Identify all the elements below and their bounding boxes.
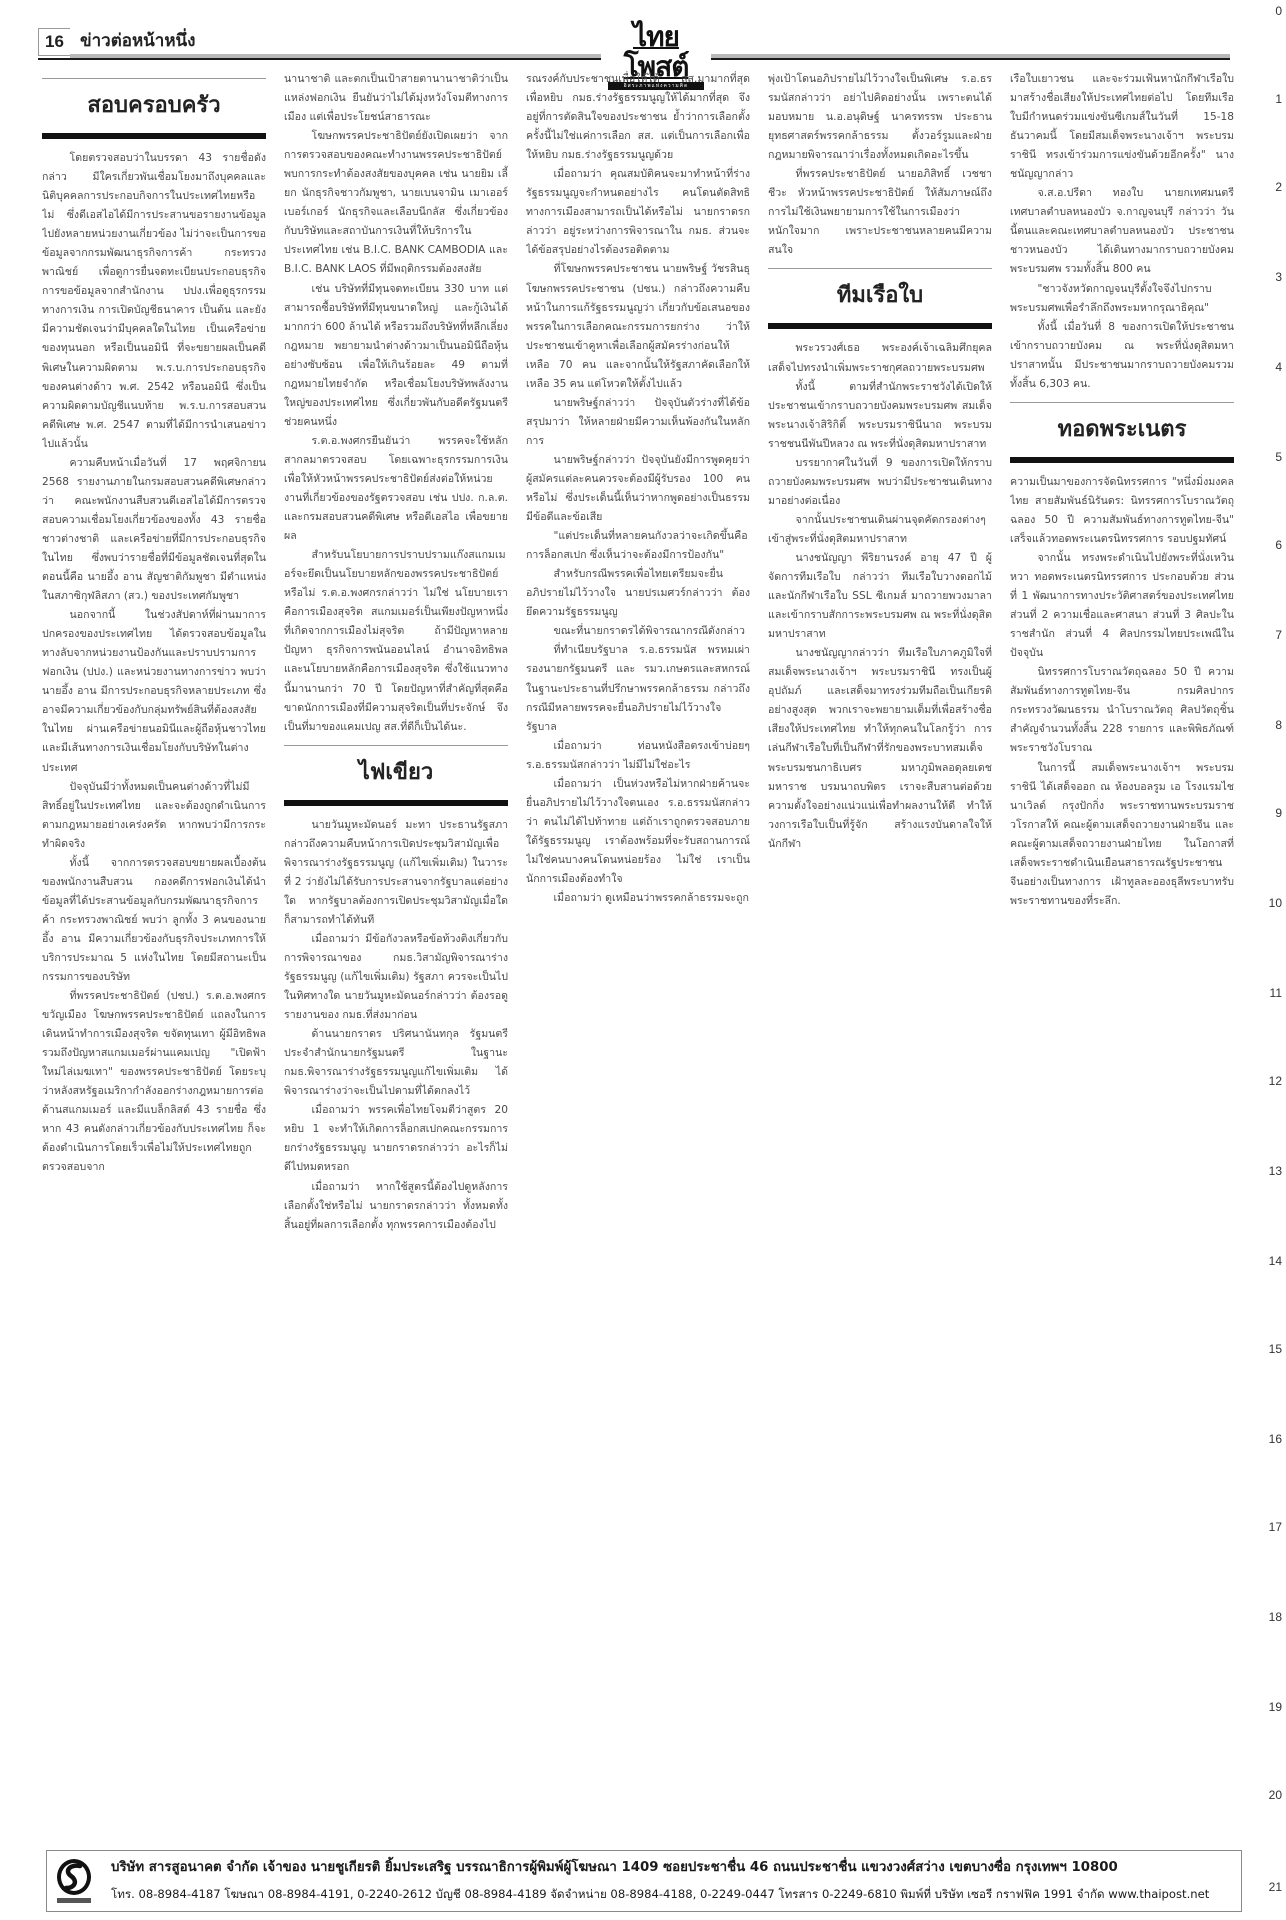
- article-column-3: รณรงค์กับประชาชนเพื่อให้ได้ สส.มามากที่ส…: [526, 70, 750, 1830]
- line-number: 21: [1269, 1880, 1282, 1894]
- line-number: 2: [1275, 180, 1282, 194]
- paragraph: เรือใบเยาวชน และจะร่วมเฟ้นหานักกีฬาเรือใ…: [1010, 70, 1234, 184]
- line-number: 11: [1270, 986, 1282, 1000]
- paragraph: เมื่อถามว่า มีข้อกังวลหรือข้อท้วงติงเกี่…: [284, 930, 508, 1025]
- paragraph: จากนั้น ทรงพระดำเนินไปยังพระที่นั่งเหวิน…: [1010, 549, 1234, 663]
- paragraph: นายวันมูหะมัดนอร์ มะทา ประธานรัฐสภา กล่า…: [284, 816, 508, 930]
- paragraph: ที่ทำเนียบรัฐบาล ร.อ.ธรรมนัส พรหมเผ่า รอ…: [526, 641, 750, 736]
- paragraph: สำหรับนโยบายการปราบปรามแก๊งสแกมเมอร์จะยึ…: [284, 546, 508, 736]
- line-number: 10: [1269, 896, 1282, 910]
- line-number: 6: [1275, 538, 1282, 552]
- paragraph: โดยตรวจสอบว่าในบรรดา 43 รายชื่อดังกล่าว …: [42, 149, 266, 454]
- paragraph: นางชนัญญา พีริยานรงค์ อายุ 47 ปี ผู้จัดก…: [768, 549, 992, 644]
- section-heading: สอบครอบครัว: [42, 78, 266, 139]
- paragraph: ด้านนายกราดร ปริศนานันทกุล รัฐมนตรีประจำ…: [284, 1025, 508, 1101]
- article-column-2: นานาชาติ และตกเป็นเป้าสายตานานาชาติว่าเป…: [284, 70, 508, 1830]
- paragraph: รณรงค์กับประชาชนเพื่อให้ได้ สส.มามากที่ส…: [526, 70, 750, 165]
- heading-bar: [1010, 457, 1234, 463]
- line-number: 7: [1275, 628, 1282, 642]
- publisher-imprint: บริษัท สารสูอนาคต จำกัด เจ้าของ นายชูเกี…: [46, 1850, 1242, 1912]
- heading-rule: [284, 745, 508, 746]
- heading-bar: [42, 133, 266, 139]
- line-number: 1: [1275, 92, 1282, 106]
- paragraph: ร.ต.อ.พงศกรยืนยันว่า พรรคจะใช้หลักสากลมา…: [284, 432, 508, 546]
- imprint-address: บริษัท สารสูอนาคต จำกัด เจ้าของ นายชูเกี…: [111, 1859, 1118, 1877]
- paragraph: นายพริษฐ์กล่าวว่า ปัจจุบันตัวร่างที่ได้ข…: [526, 394, 750, 451]
- paragraph: นางชนัญญากล่าวว่า ทีมเรือใบภาคภูมิใจที่ส…: [768, 644, 992, 854]
- line-number: 16: [1269, 1432, 1282, 1446]
- line-number: 18: [1269, 1610, 1282, 1624]
- line-number: 5: [1275, 450, 1282, 464]
- section-heading: ทอดพระเนตร: [1010, 402, 1234, 463]
- paragraph: ปัจจุบันมีว่าทั้งหมดเป็นคนต่างด้าวที่ไม่…: [42, 778, 266, 854]
- paragraph: ในการนี้ สมเด็จพระนางเจ้าฯ พระบรมราชินี …: [1010, 759, 1234, 911]
- paragraph: เมื่อถามว่า หากใช้สูตรนี้ต้องไปดูหลังการ…: [284, 1178, 508, 1235]
- masthead-logo: ไทยโพสต์ อิสระภาพแห่งความคิด: [601, 22, 711, 62]
- line-number: 15: [1269, 1342, 1282, 1356]
- line-number: 9: [1275, 806, 1282, 820]
- page-header: 16 ข่าวต่อหน้าหนึ่ง ไทยโพสต์ อิสระภาพแห่…: [38, 22, 1230, 64]
- article-column-5: เรือใบเยาวชน และจะร่วมเฟ้นหานักกีฬาเรือใ…: [1010, 70, 1234, 1830]
- section-title-royal-viewing: ทอดพระเนตร: [1010, 417, 1234, 443]
- paragraph: เช่น บริษัทที่มีทุนจดทะเบียน 330 บาท แต่…: [284, 280, 508, 432]
- paragraph: เมื่อถามว่า เป็นห่วงหรือไม่หากฝ่ายค้านจะ…: [526, 775, 750, 889]
- line-number: 8: [1275, 718, 1282, 732]
- paragraph: โฆษกพรรคประชาธิปัตย์ยังเปิดเผยว่า จากการ…: [284, 127, 508, 279]
- line-number: 20: [1269, 1788, 1282, 1802]
- paragraph: ขณะที่นายกราดรได้พิจารณากรณีดังกล่าว: [526, 622, 750, 641]
- paragraph: จากนั้นประชาชนเดินผ่านจุดคัดกรองต่างๆ เข…: [768, 511, 992, 549]
- section-label: ข่าวต่อหน้าหนึ่ง: [80, 28, 195, 54]
- paragraph: บรรยากาศในวันที่ 9 ของการเปิดให้กราบถวาย…: [768, 454, 992, 511]
- paragraph: เมื่อถามว่า พรรคเพื่อไทยโจมตีว่าสูตร 20 …: [284, 1101, 508, 1177]
- line-number: 4: [1275, 360, 1282, 374]
- line-number: 3: [1275, 270, 1282, 284]
- line-number: 14: [1269, 1254, 1282, 1268]
- paragraph: พุ่งเป้าโดนอภิปรายไม่ไว้วางใจเป็นพิเศษ ร…: [768, 70, 992, 165]
- paragraph: ที่พรรคประชาธิปัตย์ นายอภิสิทธิ์ เวชชาชี…: [768, 165, 992, 260]
- paragraph: "ชาวจังหวัดกาญจนบุรีตั้งใจจึงไปกราบพระบร…: [1010, 280, 1234, 318]
- heading-rule: [1010, 402, 1234, 403]
- paragraph: ทั้งนี้ จากการตรวจสอบขยายผลเบื้องต้นของพ…: [42, 854, 266, 987]
- paragraph: ความเป็นมาของการจัดนิทรรศการ "หนึ่งมิ่งม…: [1010, 473, 1234, 549]
- article-column-1: สอบครอบครัว โดยตรวจสอบว่าในบรรดา 43 รายช…: [42, 70, 266, 1830]
- paragraph: นอกจากนี้ ในช่วงสัปดาห์ที่ผ่านมาการปกครอ…: [42, 606, 266, 777]
- heading-rule: [768, 268, 992, 269]
- publisher-logo-icon: [53, 1857, 95, 1907]
- paragraph: ทั้งนี้ เมื่อวันที่ 8 ของการเปิดให้ประชา…: [1010, 318, 1234, 394]
- paragraph: นิทรรศการโบราณวัตถุฉลอง 50 ปี ความสัมพัน…: [1010, 663, 1234, 758]
- paragraph: นายพริษฐ์กล่าวว่า ปัจจุบันยังมีการพูดคุย…: [526, 451, 750, 527]
- line-number: 17: [1269, 1520, 1282, 1534]
- line-number: 0: [1275, 4, 1282, 18]
- paragraph: พระวรวงศ์เธอ พระองค์เจ้าเฉลิมศึกยุคล เสด…: [768, 339, 992, 377]
- line-number: 19: [1269, 1700, 1282, 1714]
- paragraph: ที่โฆษกพรรคประชาชน นายพริษฐ์ วัชรสินธุ โ…: [526, 260, 750, 393]
- paragraph: ทั้งนี้ ตามที่สำนักพระราชวังได้เปิดให้ปร…: [768, 378, 992, 454]
- section-title-sailing-team: ทีมเรือใบ: [768, 283, 992, 309]
- paragraph: ที่พรรคประชาธิปัตย์ (ปชป.) ร.ต.อ.พงศกร ข…: [42, 987, 266, 1177]
- heading-bar: [284, 800, 508, 806]
- section-heading: ไฟเขียว: [284, 745, 508, 806]
- heading-rule: [42, 78, 266, 79]
- page-number: 16: [38, 28, 70, 56]
- imprint-contacts: โทร. 08-8984-4187 โฆษณา 08-8984-4191, 0-…: [111, 1885, 1209, 1903]
- paragraph: จ.ส.อ.ปรีดา ทองใบ นายกเทศมนตรีเทศบาลตำบล…: [1010, 184, 1234, 279]
- section-title-family-check: สอบครอบครัว: [42, 93, 266, 119]
- paragraph: นานาชาติ และตกเป็นเป้าสายตานานาชาติว่าเป…: [284, 70, 508, 127]
- article-column-4: พุ่งเป้าโดนอภิปรายไม่ไว้วางใจเป็นพิเศษ ร…: [768, 70, 992, 1830]
- heading-bar: [768, 323, 992, 329]
- paragraph: เมื่อถามว่า คุณสมบัติคนจะมาทำหน้าที่ร่าง…: [526, 165, 750, 260]
- paragraph: สำหรับกรณีพรรคเพื่อไทยเตรียมจะยื่นอภิปรา…: [526, 565, 750, 622]
- line-number: 12: [1269, 1074, 1282, 1088]
- section-heading: ทีมเรือใบ: [768, 268, 992, 329]
- paragraph: ความคืบหน้าเมื่อวันที่ 17 พฤศจิกายน 2568…: [42, 454, 266, 606]
- paragraph: เมื่อถามว่า ท่อนหนังสือตรงเข้าบ่อยๆ ร.อ.…: [526, 737, 750, 775]
- section-title-green-light: ไฟเขียว: [284, 760, 508, 786]
- line-number-gutter: 0 1 2 3 4 5 6 7 8 9 10 11 12 13 14 15 16…: [1264, 0, 1286, 1920]
- paragraph: "แต่ประเด็นที่หลายคนกังวลว่าจะเกิดขึ้นคื…: [526, 527, 750, 565]
- paragraph: เมื่อถามว่า ดูเหมือนว่าพรรคกล้าธรรมจะถูก: [526, 889, 750, 908]
- line-number: 13: [1269, 1164, 1282, 1178]
